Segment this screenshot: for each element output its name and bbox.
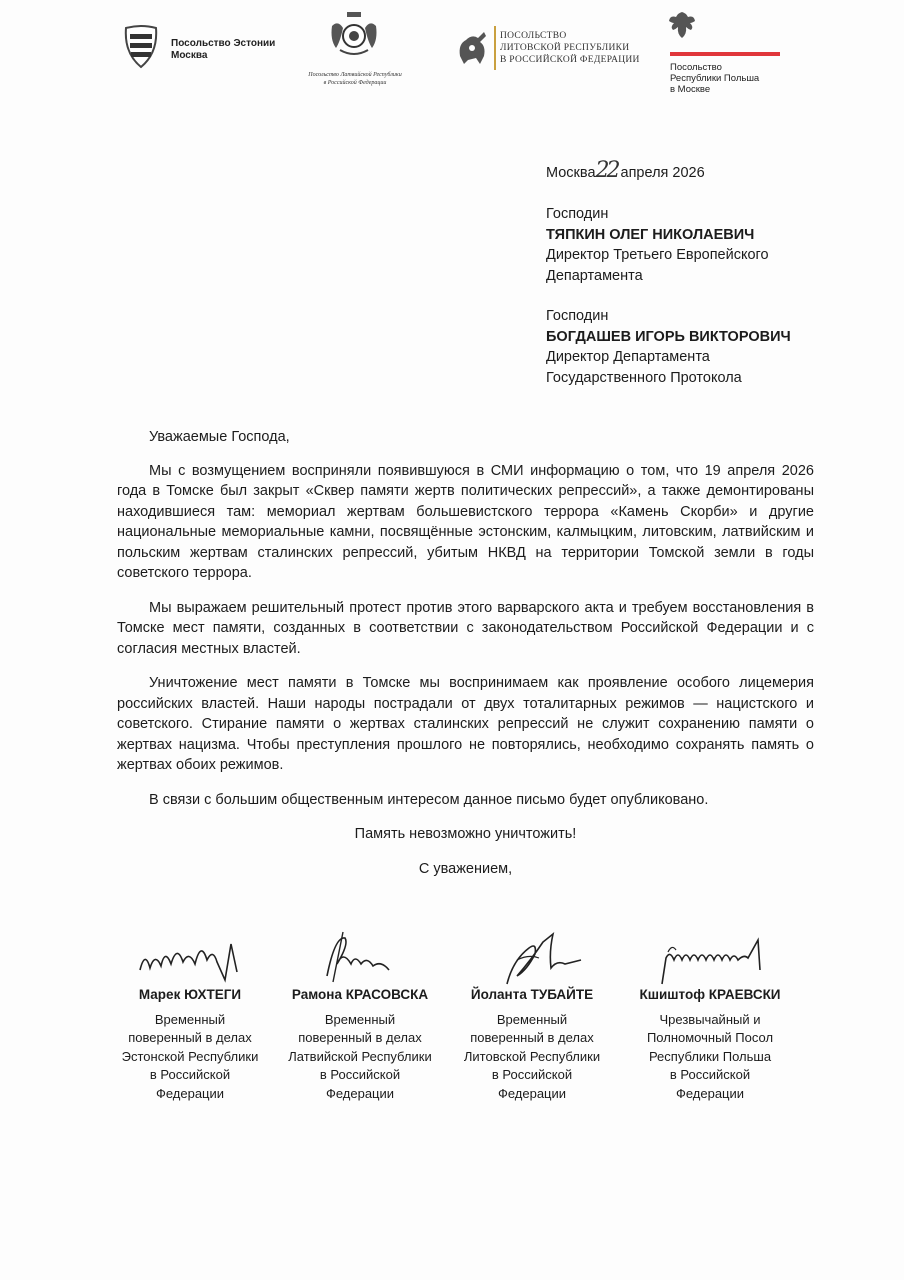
estonia-embassy-name: Посольство Эстонии Москва [171,38,275,62]
closing: С уважением, [117,859,814,880]
poland-eagle-icon [668,10,696,45]
lithuania-vytis-icon [454,30,492,71]
signature-icon [285,930,435,986]
date-line: Москва22апреля 2026 [546,161,705,184]
paragraph-4: В связи с большим общественным интересом… [117,790,814,811]
estonia-coat-of-arms-icon [123,25,159,74]
latvia-coat-of-arms-icon [328,12,380,63]
poland-red-bar [670,52,780,56]
paragraph-1: Мы с возмущением восприняли появившуюся … [117,461,814,584]
signatory-estonia: Марек ЮХТЕГИ Временный поверенный в дела… [95,930,285,1103]
signature-icon [630,930,790,986]
latvia-embassy-name: Посольство Латвийской Республики в Росси… [300,71,410,87]
paragraph-3: Уничтожение мест памяти в Томске мы восп… [117,673,814,776]
slogan: Память невозможно уничтожить! [117,824,814,845]
signatory-poland: Кшиштоф КРАЕВСКИ Чрезвычайный и Полномоч… [615,930,805,1103]
signature-icon [457,930,607,986]
paragraph-2: Мы выражаем решительный протест против э… [117,598,814,660]
signatory-latvia: Рамона КРАСОВСКА Временный поверенный в … [265,930,455,1103]
greeting: Уважаемые Господа, [117,427,814,448]
lithuania-embassy-name: ПОСОЛЬСТВО ЛИТОВСКОЙ РЕСПУБЛИКИ В РОССИЙ… [500,30,640,66]
signatory-lithuania: Йоланта ТУБАЙТЕ Временный поверенный в д… [437,930,627,1103]
letter-body: Уважаемые Господа, Мы с возмущением восп… [117,427,814,879]
poland-embassy-name: Посольство Республики Польша в Москве [670,62,759,95]
letterhead: Посольство Эстонии Москва Посольство Лат… [0,0,904,110]
handwritten-day: 22 [596,158,618,183]
signature-icon [115,930,265,986]
recipient-1: Господин ТЯПКИН ОЛЕГ НИКОЛАЕВИЧ Директор… [546,204,769,286]
lithuania-divider [494,26,496,70]
recipient-2: Господин БОГДАШЕВ ИГОРЬ ВИКТОРОВИЧ Дирек… [546,306,791,388]
